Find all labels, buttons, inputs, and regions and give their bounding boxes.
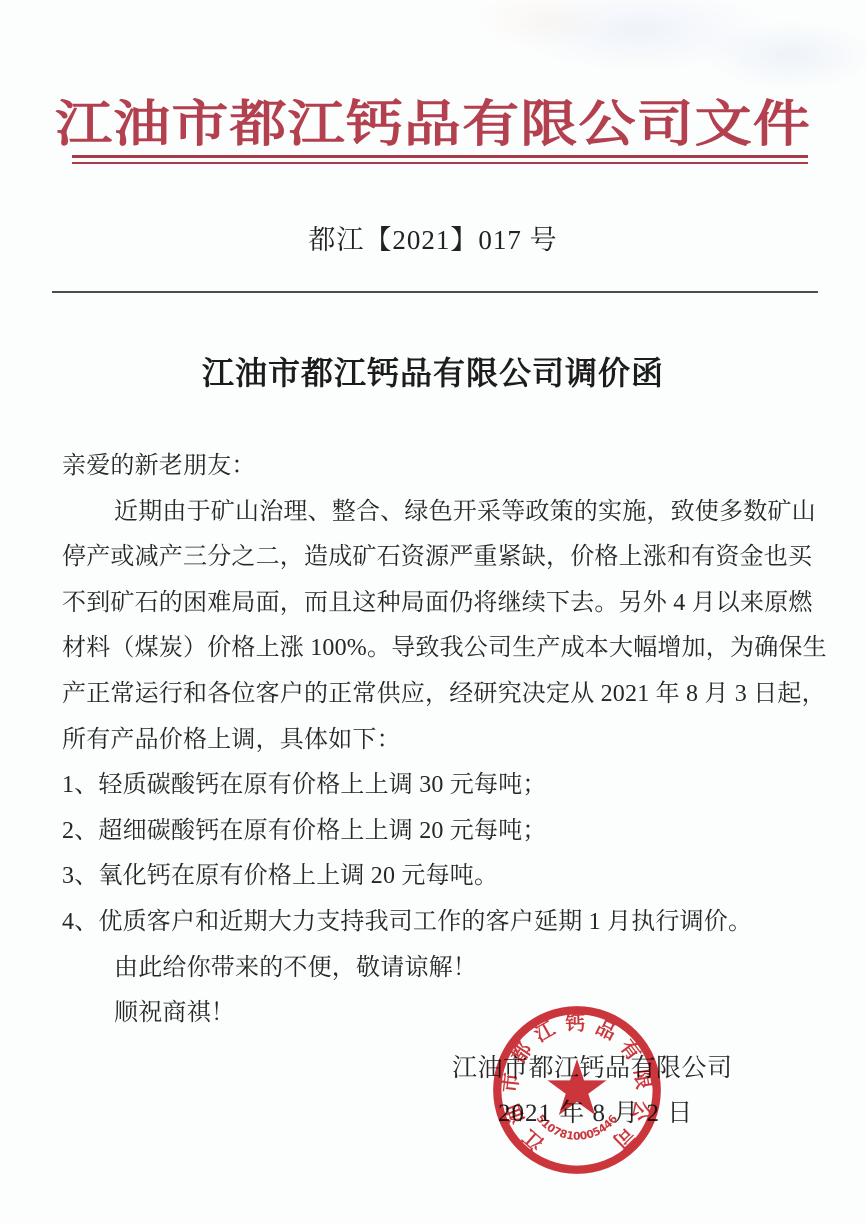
star-icon [547, 1059, 606, 1115]
document-number: 都江【2021】017 号 [0, 218, 866, 257]
list-item-3: 3、氧化钙在原有价格上上调 20 元每吨。 [62, 854, 812, 900]
letter-body: 亲爱的新老朋友： 近期由于矿山治理、整合、绿色开采等政策的实施，致使多数矿山 停… [62, 444, 812, 1037]
letterhead-double-underline [72, 155, 808, 164]
letter-title: 江油市都江钙品有限公司调价函 [0, 348, 866, 394]
scanned-document-page: 江油市都江钙品有限公司文件 都江【2021】017 号 江油市都江钙品有限公司调… [0, 0, 866, 1224]
closing-line: 由此给你带来的不便，敬请谅解！ [62, 946, 812, 992]
list-item-1: 1、轻质碳酸钙在原有价格上上调 30 元每吨； [62, 763, 812, 809]
list-item-4: 4、优质客户和近期大力支持我司工作的客户延期 1 月执行调价。 [62, 900, 812, 946]
list-item-2: 2、超细碳酸钙在原有价格上上调 20 元每吨； [62, 809, 812, 855]
closing-salute: 顺祝商祺！ [62, 991, 812, 1037]
body-line: 材料（煤炭）价格上涨 100%。导致我公司生产成本大幅增加，为确保生 [62, 626, 812, 672]
body-line: 近期由于矿山治理、整合、绿色开采等政策的实施，致使多数矿山 [62, 490, 812, 536]
letterhead-title: 江油市都江钙品有限公司文件 [0, 84, 866, 156]
horizontal-divider [52, 291, 818, 293]
body-line: 产正常运行和各位客户的正常供应，经研究决定从 2021 年 8 月 3 日起， [62, 672, 812, 718]
body-line: 不到矿石的困难局面，而且这种局面仍将继续下去。另外 4 月以来原燃 [62, 581, 812, 627]
company-seal-stamp: 江油市都江钙品有限公司 5107810005446 [489, 1002, 665, 1178]
body-line: 所有产品价格上调，具体如下： [62, 718, 812, 764]
salutation-line: 亲爱的新老朋友： [62, 444, 812, 490]
body-line: 停产或减产三分之二，造成矿石资源严重紧缺，价格上涨和有资金也买 [62, 535, 812, 581]
